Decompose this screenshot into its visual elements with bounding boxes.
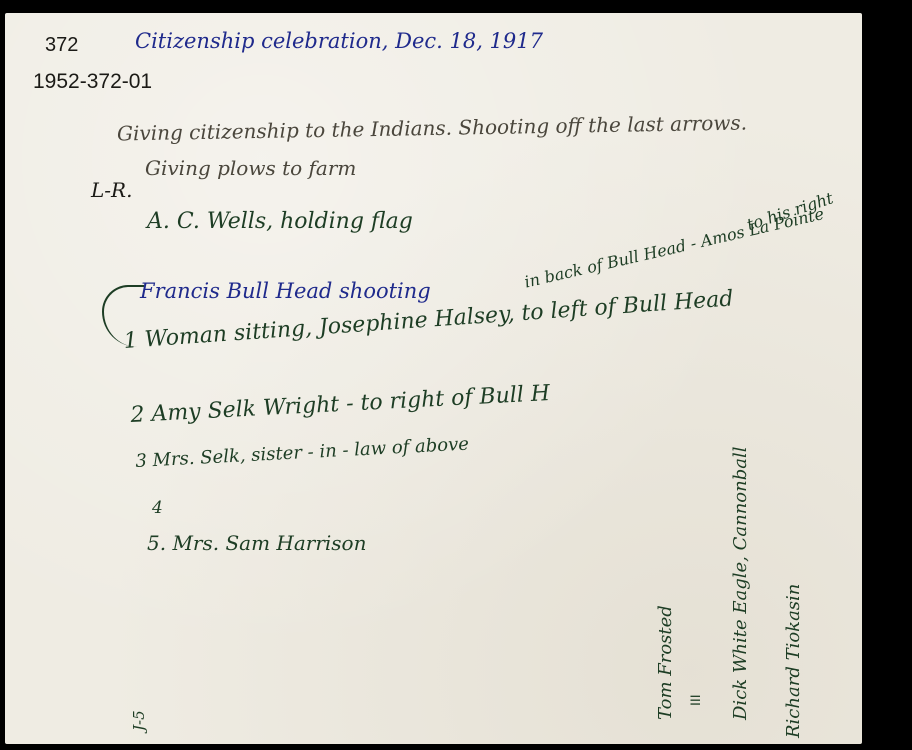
vertical-note-tiokasin: Richard Tiokasin xyxy=(785,584,803,738)
entry-item-3: 3 Mrs. Selk, sister - in - law of above xyxy=(135,436,469,471)
description-line-2: Giving plows to farm xyxy=(145,158,356,178)
catalog-number: 372 xyxy=(45,35,78,55)
vertical-note-frosted: Tom Frosted xyxy=(657,605,675,720)
entry-item-4: 4 xyxy=(152,500,163,517)
corner-mark: J-5 xyxy=(132,710,147,731)
vertical-note-white-eagle: Dick White Eagle, Cannonball xyxy=(732,447,750,721)
entry-item-2: 2 Amy Selk Wright - to right of Bull H xyxy=(130,383,551,427)
entry-wells: A. C. Wells, holding flag xyxy=(147,211,413,233)
accession-number: 1952-372-01 xyxy=(33,71,152,92)
description-line-1: Giving citizenship to the Indians. Shoot… xyxy=(117,113,747,144)
orientation-note: L-R. xyxy=(91,180,132,200)
vertical-note-tally: III xyxy=(688,694,702,706)
title: Citizenship celebration, Dec. 18, 1917 xyxy=(135,31,543,52)
photo-back-card: 372 Citizenship celebration, Dec. 18, 19… xyxy=(5,13,862,744)
entry-item-5: 5. Mrs. Sam Harrison xyxy=(147,533,366,553)
entry-bull-head: Francis Bull Head shooting xyxy=(140,281,431,302)
entry-la-pointe-lower: in back of Bull Head - Amos La Pointe xyxy=(523,206,826,291)
